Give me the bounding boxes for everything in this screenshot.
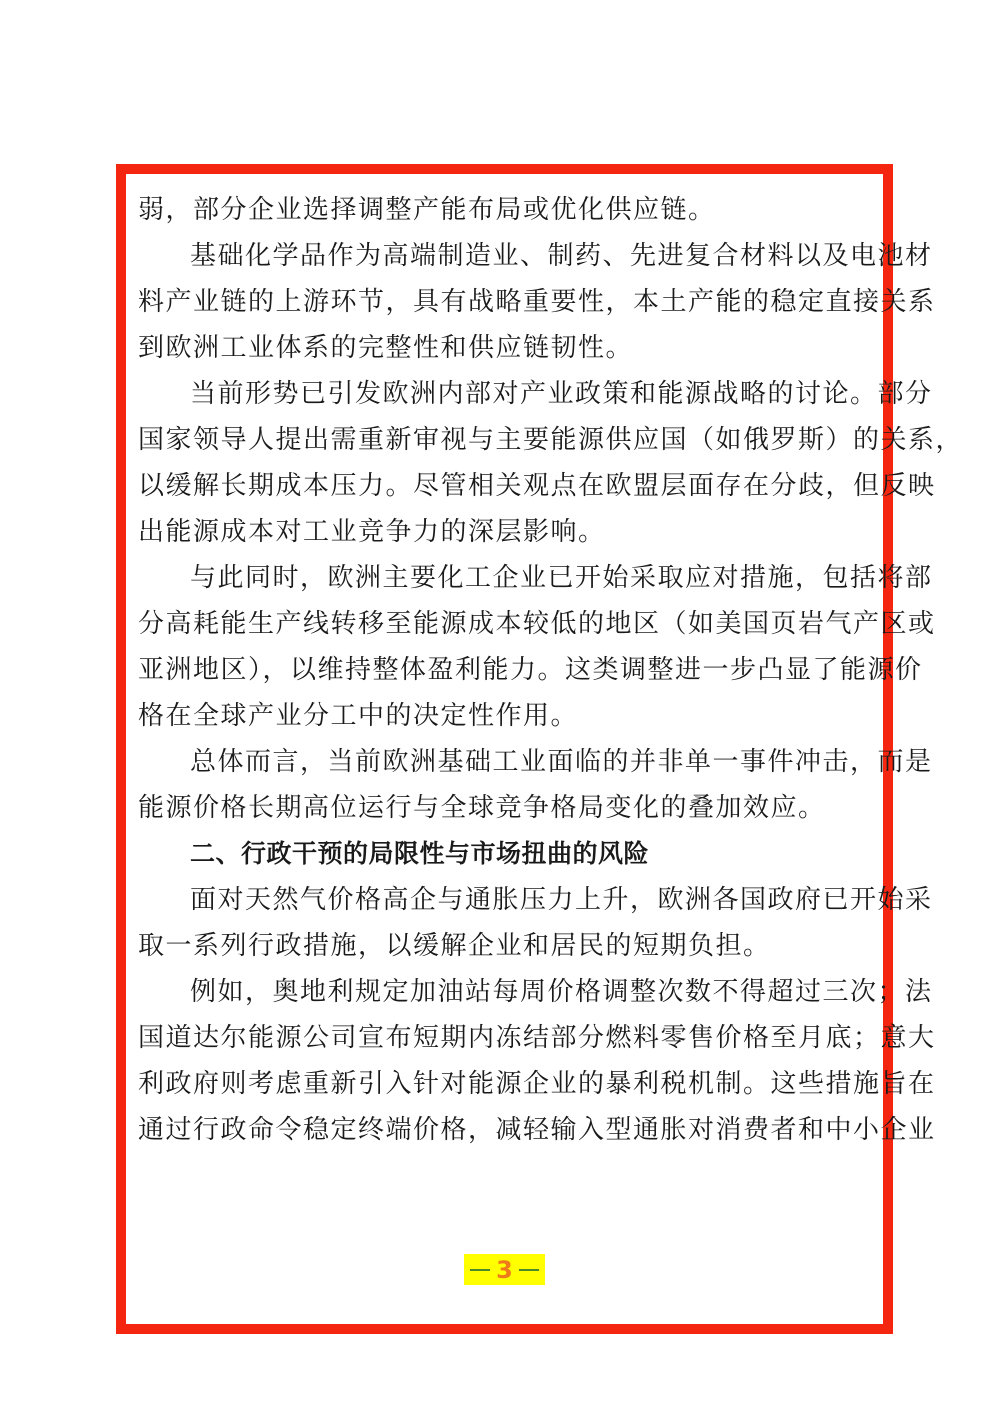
paragraph: 当前形势已引发欧洲内部对产业政策和能源战略的讨论。部分 国家领导人提出需重新审视…: [138, 371, 866, 555]
paragraph: 与此同时，欧洲主要化工企业已开始采取应对措施，包括将部 分高耗能生产线转移至能源…: [138, 555, 866, 739]
page-number-badge: 3: [464, 1254, 545, 1285]
text-line: 到欧洲工业体系的完整性和供应链韧性。: [138, 325, 866, 371]
paragraph: 例如，奥地利规定加油站每周价格调整次数不得超过三次；法 国道达尔能源公司宣布短期…: [138, 969, 866, 1153]
left-dash: [470, 1269, 490, 1271]
text-line: 通过行政命令稳定终端价格，减轻输入型通胀对消费者和中小企业: [138, 1107, 866, 1153]
text-line: 基础化学品作为高端制造业、制药、先进复合材料以及电池材: [190, 233, 866, 279]
text-line: 面对天然气价格高企与通胀压力上升，欧洲各国政府已开始采: [190, 877, 866, 923]
text-line: 弱，部分企业选择调整产能布局或优化供应链。: [138, 187, 866, 233]
text-line: 取一系列行政措施，以缓解企业和居民的短期负担。: [138, 923, 866, 969]
text-line: 以缓解长期成本压力。尽管相关观点在欧盟层面存在分歧，但反映: [138, 463, 866, 509]
text-line: 出能源成本对工业竞争力的深层影响。: [138, 509, 866, 555]
text-line: 总体而言，当前欧洲基础工业面临的并非单一事件冲击，而是: [190, 739, 866, 785]
text-line: 料产业链的上游环节，具有战略重要性，本土产能的稳定直接关系: [138, 279, 866, 325]
text-line: 亚洲地区），以维持整体盈利能力。这类调整进一步凸显了能源价: [138, 647, 866, 693]
text-line: 分高耗能生产线转移至能源成本较低的地区（如美国页岩气产区或: [138, 601, 866, 647]
text-line: 利政府则考虑重新引入针对能源企业的暴利税机制。这些措施旨在: [138, 1061, 866, 1107]
text-line: 与此同时，欧洲主要化工企业已开始采取应对措施，包括将部: [190, 555, 866, 601]
text-line: 格在全球产业分工中的决定性作用。: [138, 693, 866, 739]
paragraph: 基础化学品作为高端制造业、制药、先进复合材料以及电池材 料产业链的上游环节，具有…: [138, 233, 866, 371]
right-dash: [519, 1269, 539, 1271]
text-line: 能源价格长期高位运行与全球竞争格局变化的叠加效应。: [138, 785, 866, 831]
text-line: 国道达尔能源公司宣布短期内冻结部分燃料零售价格至月底；意大: [138, 1015, 866, 1061]
paragraph: 面对天然气价格高企与通胀压力上升，欧洲各国政府已开始采 取一系列行政措施，以缓解…: [138, 877, 866, 969]
document-body: 弱，部分企业选择调整产能布局或优化供应链。 基础化学品作为高端制造业、制药、先进…: [138, 187, 866, 1153]
paragraph: 总体而言，当前欧洲基础工业面临的并非单一事件冲击，而是 能源价格长期高位运行与全…: [138, 739, 866, 831]
page-number: 3: [496, 1256, 513, 1284]
section-heading: 二、行政干预的局限性与市场扭曲的风险: [138, 831, 866, 877]
text-line: 例如，奥地利规定加油站每周价格调整次数不得超过三次；法: [190, 969, 866, 1015]
text-line: 当前形势已引发欧洲内部对产业政策和能源战略的讨论。部分: [190, 371, 866, 417]
text-line: 国家领导人提出需重新审视与主要能源供应国（如俄罗斯）的关系，: [138, 417, 866, 463]
paragraph: 弱，部分企业选择调整产能布局或优化供应链。: [138, 187, 866, 233]
